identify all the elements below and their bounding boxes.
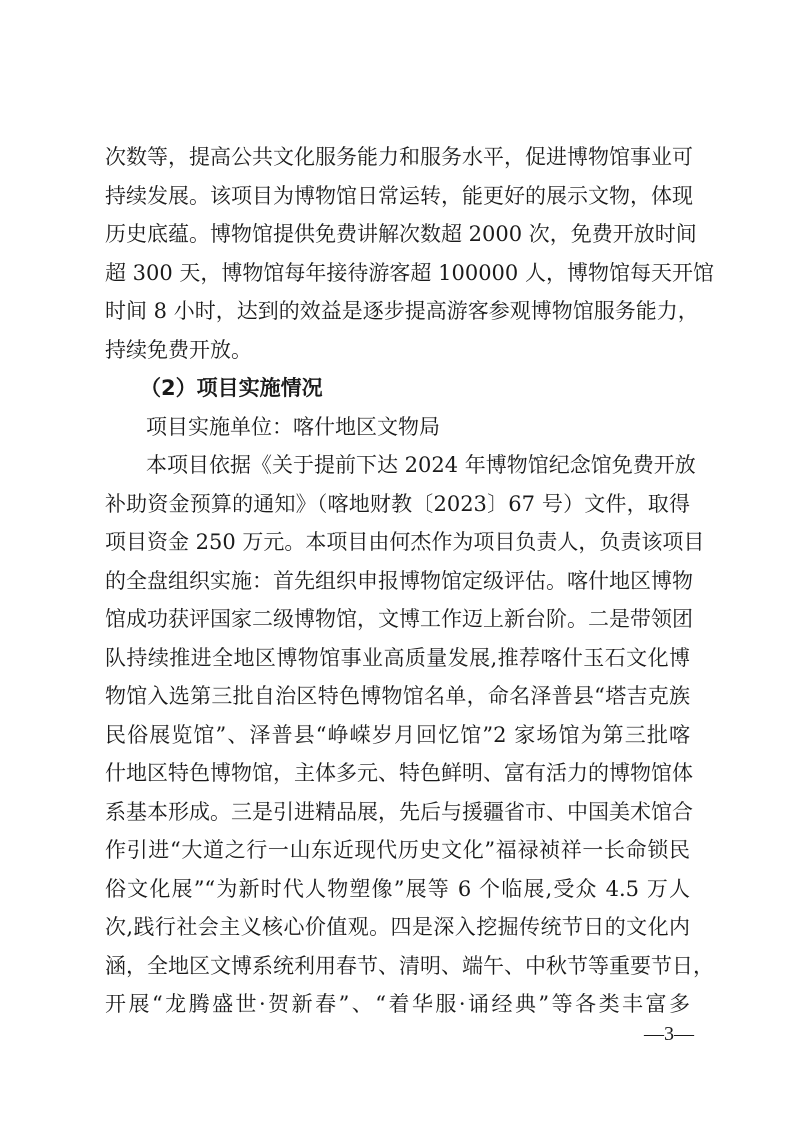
body-text-line: 物馆入选第三批自治区特色博物馆名单，命名泽普县“塔吉克族: [105, 681, 690, 711]
body-text-line: 什地区特色博物馆，主体多元、特色鲜明、富有活力的博物馆体: [105, 758, 690, 788]
page-number: —3—: [644, 1021, 694, 1047]
body-text-line: 馆成功获评国家二级博物馆，文博工作迈上新台阶。二是带领团: [105, 604, 690, 634]
body-text-line: 次数等，提高公共文化服务能力和服务水平，促进博物馆事业可: [105, 142, 690, 172]
body-text-line: 民俗展览馆”、泽普县“峥嵘岁月回忆馆”2 家场馆为第三批喀: [105, 720, 690, 750]
body-text-line: 项目实施单位：喀什地区文物局: [146, 412, 690, 442]
body-text-line: 作引进“大道之行一山东近现代历史文化”福禄祯祥一长命锁民: [105, 835, 690, 865]
document-page: 次数等，提高公共文化服务能力和服务水平，促进博物馆事业可 持续发展。该项目为博物…: [0, 0, 793, 1122]
section-heading: （2）项目实施情况: [140, 373, 323, 403]
body-text-line: 俗文化展”“为新时代人物塑像”展等 6 个临展,受众 4.5 万人: [105, 874, 690, 904]
body-text-line: 队持续推进全地区博物馆事业高质量发展,推荐喀什玉石文化博: [105, 643, 690, 673]
body-text-line: 本项目依据《关于提前下达 2024 年博物馆纪念馆免费开放: [146, 450, 690, 480]
body-text-line: 开展“龙腾盛世·贺新春”、“着华服·诵经典”等各类丰富多: [105, 989, 690, 1019]
body-text-line: 系基本形成。三是引进精品展，先后与援疆省市、中国美术馆合: [105, 797, 690, 827]
body-text-line: 时间 8 小时，达到的效益是逐步提高游客参观博物馆服务能力，: [105, 296, 690, 326]
body-text-line: 补助资金预算的通知》（喀地财教〔2023〕67 号）文件，取得: [105, 489, 690, 519]
body-text-line: 历史底蕴。博物馆提供免费讲解次数超 2000 次，免费开放时间: [105, 219, 690, 249]
body-text-line: 次,践行社会主义核心价值观。四是深入挖掘传统节日的文化内: [105, 912, 690, 942]
body-text-line: 的全盘组织实施：首先组织申报博物馆定级评估。喀什地区博物: [105, 566, 690, 596]
body-text-line: 超 300 天，博物馆每年接待游客超 100000 人，博物馆每天开馆: [105, 258, 690, 288]
body-text-line: 持续发展。该项目为博物馆日常运转，能更好的展示文物，体现: [105, 181, 690, 211]
body-text-line: 涵，全地区文博系统利用春节、清明、端午、中秋节等重要节日，: [105, 951, 690, 981]
body-text-line: 项目资金 250 万元。本项目由何杰作为项目负责人，负责该项目: [105, 527, 690, 557]
body-text-line: 持续免费开放。: [105, 335, 690, 365]
